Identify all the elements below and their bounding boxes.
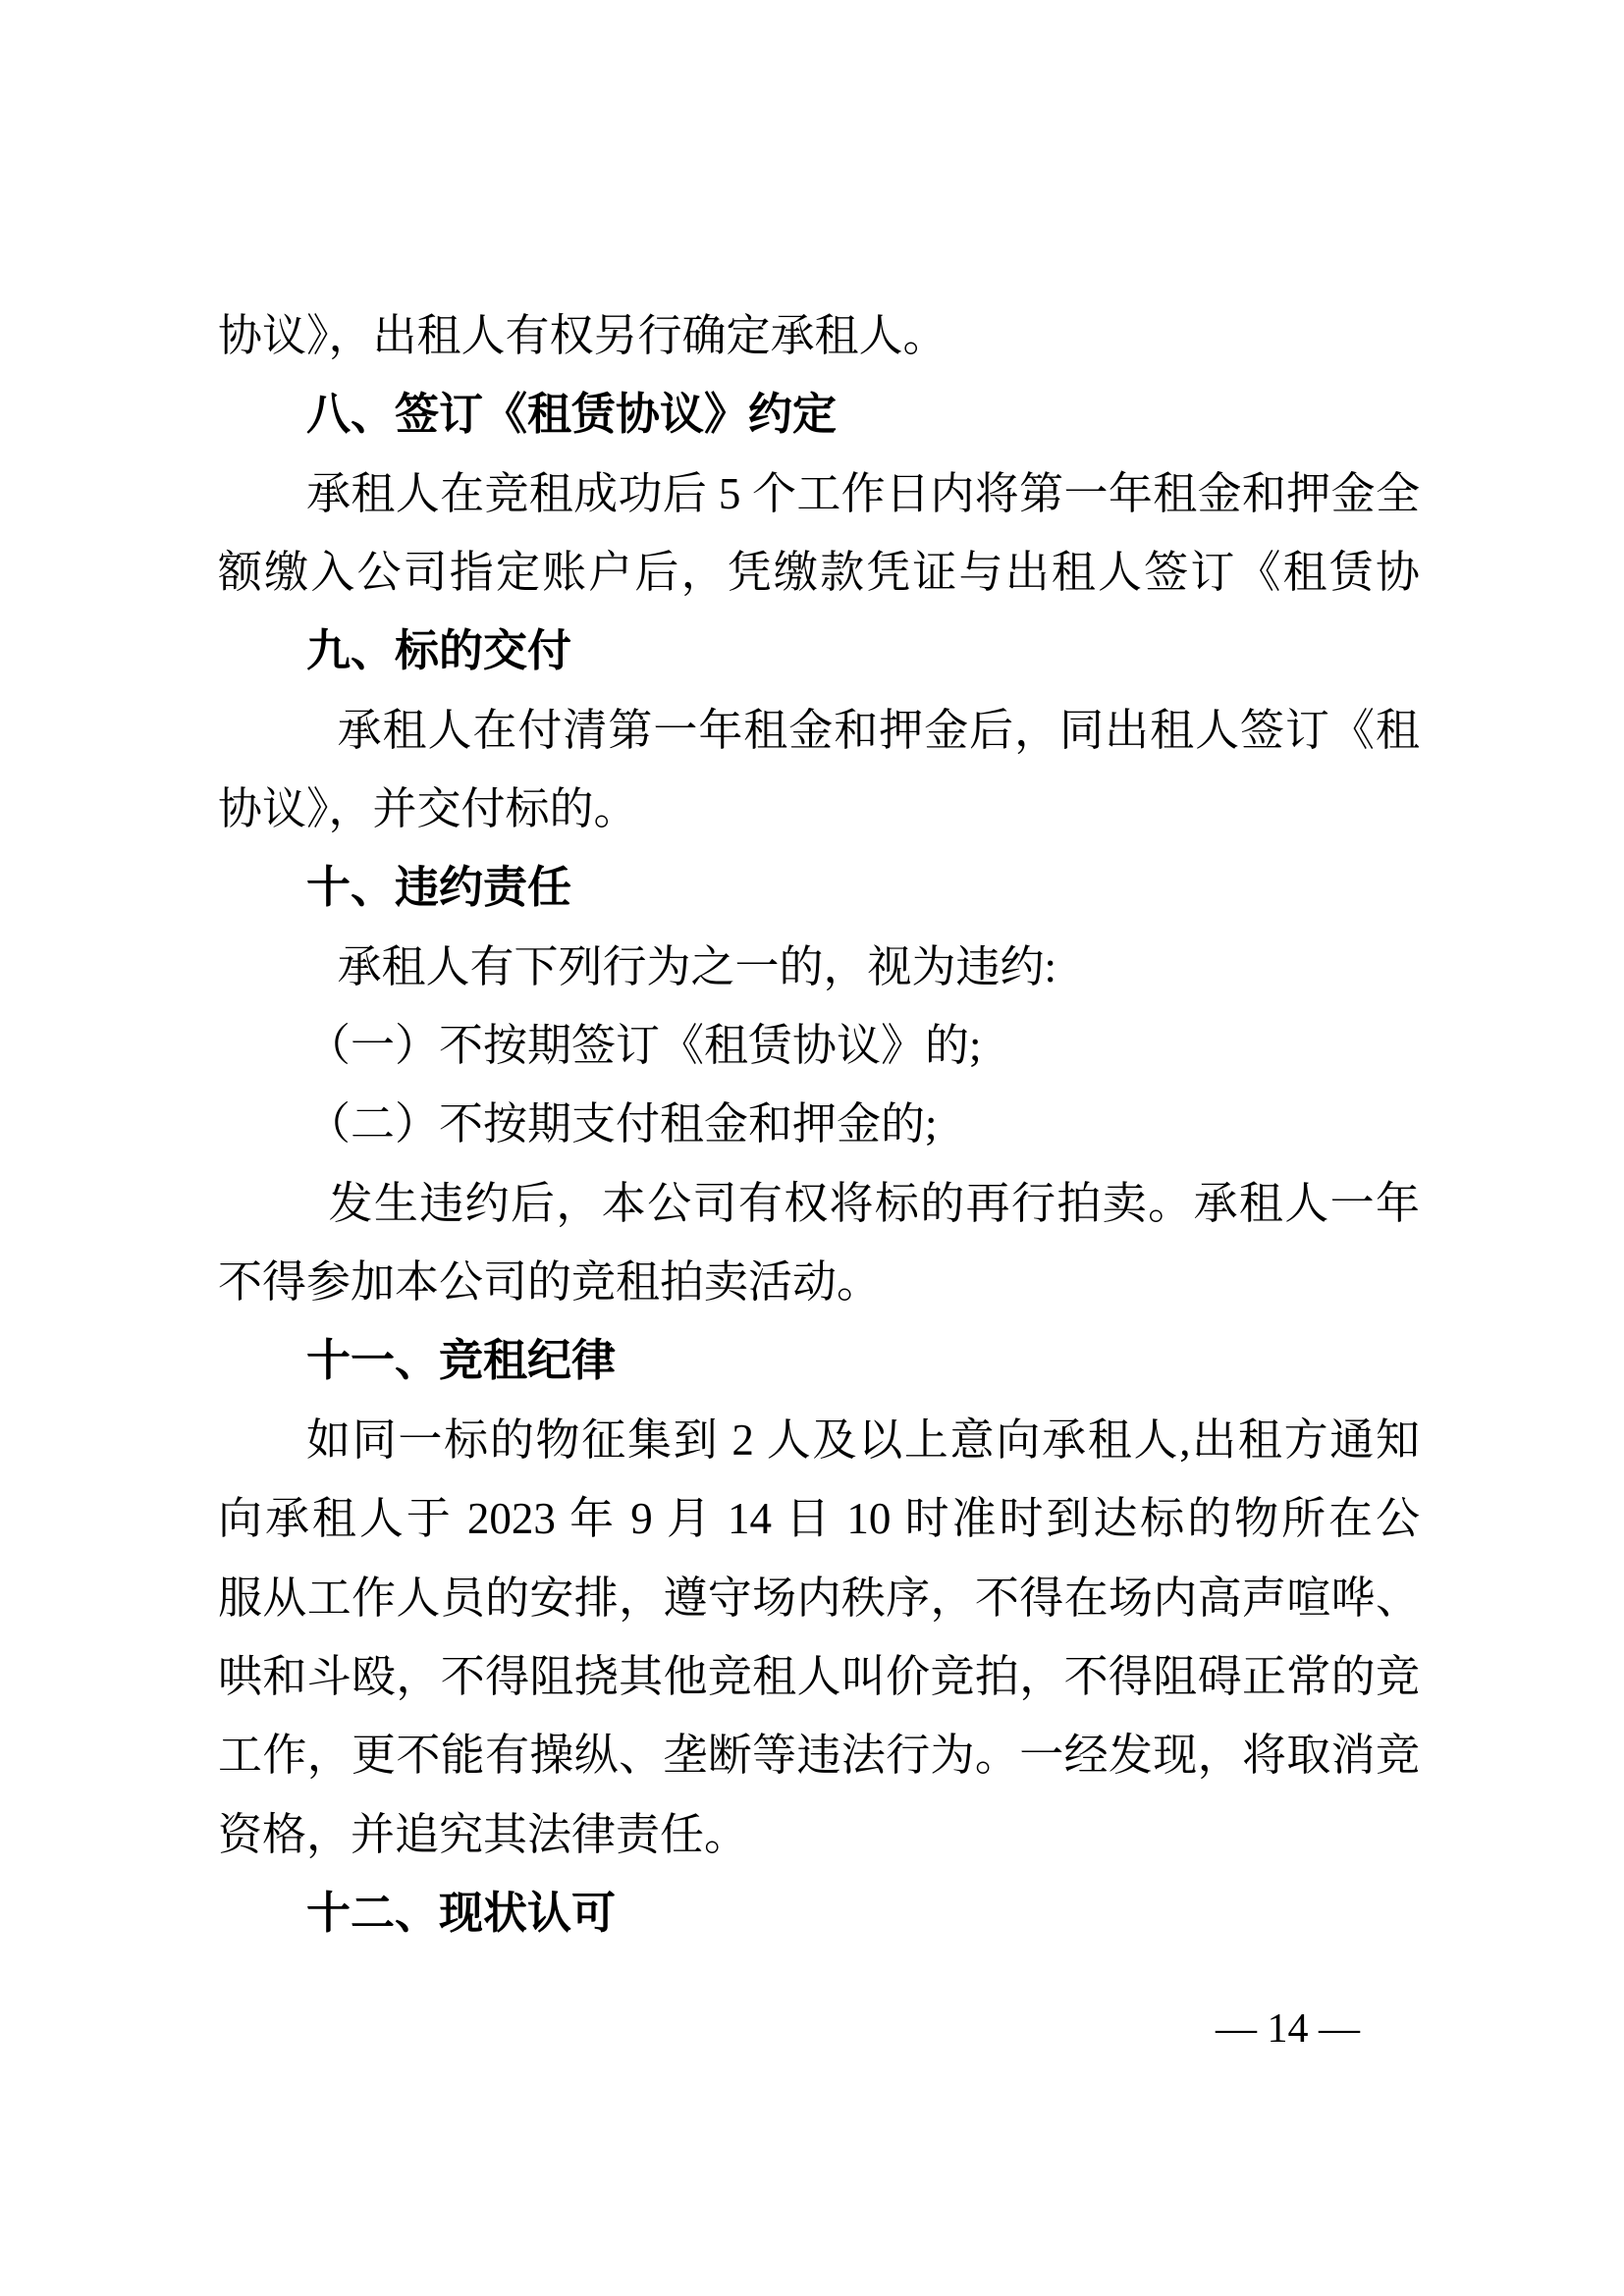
document-page: 协议》，出租人有权另行确定承租人。八、签订《租赁协议》约定承租人在竞租成功后 5…	[0, 0, 1624, 2296]
text-line: 哄和斗殴，不得阻挠其他竞租人叫价竞拍，不得阻碍正常的竞拍	[218, 1637, 1420, 1716]
text-line: 额缴入公司指定账户后，凭缴款凭证与出租人签订《租赁协议》。	[218, 533, 1420, 612]
text-line: （一）不按期签订《租赁协议》的;	[218, 1006, 1420, 1085]
section-heading: 十二、现状认可	[218, 1874, 1420, 1952]
text-line: 承租人在竞租成功后 5 个工作日内将第一年租金和押金全	[218, 454, 1420, 533]
text-line: 资格，并追究其法律责任。	[218, 1795, 1420, 1874]
document-body: 协议》，出租人有权另行确定承租人。八、签订《租赁协议》约定承租人在竞租成功后 5…	[218, 296, 1420, 1952]
page-number: — 14 —	[1216, 2008, 1360, 2050]
section-heading: 九、标的交付	[218, 612, 1420, 690]
section-heading: 十、违约责任	[218, 848, 1420, 927]
text-line: 不得参加本公司的竞租拍卖活动。	[218, 1243, 1420, 1321]
text-line: 承租人在付清第一年租金和押金后，同出租人签订《租赁	[218, 691, 1420, 770]
text-line: 向承租人于 2023 年 9 月 14 日 10 时准时到达标的物所在公司，	[218, 1479, 1420, 1558]
text-line: 协议》，并交付标的。	[218, 770, 1420, 848]
text-line: 如同一标的物征集到 2 人及以上意向承租人,出租方通知意	[218, 1401, 1420, 1479]
section-heading: 八、签订《租赁协议》约定	[218, 375, 1420, 454]
text-line: 承租人有下列行为之一的，视为违约:	[218, 928, 1420, 1006]
section-heading: 十一、竞租纪律	[218, 1321, 1420, 1400]
text-line: 工作，更不能有操纵、垄断等违法行为。一经发现，将取消竞租	[218, 1716, 1420, 1794]
text-line: 服从工作人员的安排，遵守场内秩序，不得在场内高声喧哗、起	[218, 1559, 1420, 1637]
text-line: （二）不按期支付租金和押金的;	[218, 1085, 1420, 1163]
text-line: 发生违约后，本公司有权将标的再行拍卖。承租人一年内	[218, 1164, 1420, 1243]
text-line: 协议》，出租人有权另行确定承租人。	[218, 296, 1420, 375]
